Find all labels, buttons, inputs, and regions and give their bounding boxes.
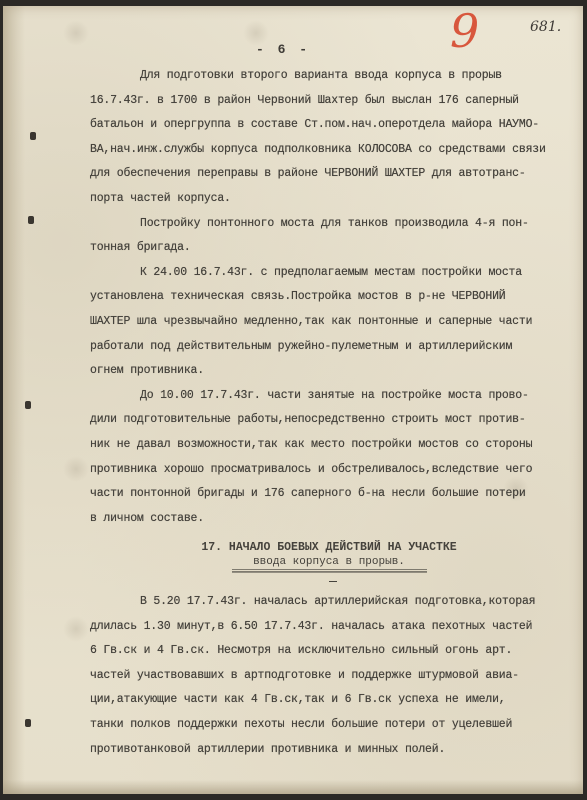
binding-hole-mark [28,216,34,224]
watermark-stamp [63,616,89,642]
binding-hole-mark [25,401,31,409]
text-line: для обеспечения переправы в районе ЧЕРВО… [90,162,578,187]
text-line: В 5.20 17.7.43г. началась артиллерийская… [90,590,578,615]
text-line: ции,атакующие части как 4 Гв.ск,так и 6 … [90,688,578,713]
text-line: ник не давал возможности,так как место п… [90,433,578,458]
text-line: порта частей корпуса. [90,187,578,212]
text-line: ВА,нач.инж.службы корпуса подполковника … [90,138,578,163]
section-heading: 17. НАЧАЛО БОЕВЫХ ДЕЙСТВИЙ НА УЧАСТКЕ вв… [179,541,479,577]
binding-hole-mark [25,719,31,727]
watermark-stamp [63,20,89,46]
typed-page-marker: - 6 - [256,42,310,57]
text-line: Постройку понтонного моста для танков пр… [90,212,578,237]
text-line: 6 Гв.ск и 4 Гв.ск. Несмотря на исключите… [90,639,578,664]
red-page-number: 9 [450,8,479,54]
text-line: танки полков поддержки пехоты несли боль… [90,713,578,738]
text-line: ШАХТЕР шла чрезвычайно медленно,так как … [90,310,578,335]
body-text-block: Для подготовки второго варианта ввода ко… [90,64,578,531]
text-line: Для подготовки второго варианта ввода ко… [90,64,578,89]
watermark-stamp [63,456,89,482]
text-line: тонная бригада. [90,236,578,261]
section-heading-title: 17. НАЧАЛО БОЕВЫХ ДЕЙСТВИЙ НА УЧАСТКЕ [179,541,479,555]
document-page: 9 681. - 6 - Для подготовки второго вари… [3,6,583,794]
section-heading-underline: ======================================= [179,569,479,577]
text-line: установлена техническая связь.Постройка … [90,285,578,310]
text-line: в личном составе. [90,507,578,532]
text-line: 16.7.43г. в 1700 в район Червоний Шахтер… [90,89,578,114]
page-bottom-edge [3,780,583,794]
section-heading-subtitle: ввода корпуса в прорыв. [179,555,479,569]
page-left-edge [3,6,25,794]
text-line: огнем противника. [90,359,578,384]
text-line: работали под действительным ружейно-пуле… [90,335,578,360]
body-text-block: В 5.20 17.7.43г. началась артиллерийская… [90,590,578,762]
binding-hole-mark [30,132,36,140]
text-line: противотанковой артиллерии противника и … [90,738,578,763]
text-line: дили подготовительные работы,непосредств… [90,408,578,433]
text-line: противника хорошо просматривалось и обст… [90,458,578,483]
text-line: длилась 1.30 минут,в 6.50 17.7.43г. нача… [90,615,578,640]
text-line: части понтонной бригады и 176 саперного … [90,482,578,507]
text-line: До 10.00 17.7.43г. части занятые на пост… [90,384,578,409]
text-line: К 24.00 16.7.43г. с предполагаемым места… [90,261,578,286]
divider-dash [329,581,337,582]
text-line: частей участвовавших в артподготовке и п… [90,664,578,689]
archive-sheet-number: 681. [530,19,561,35]
text-line: батальон и опергруппа в составе Ст.пом.н… [90,113,578,138]
